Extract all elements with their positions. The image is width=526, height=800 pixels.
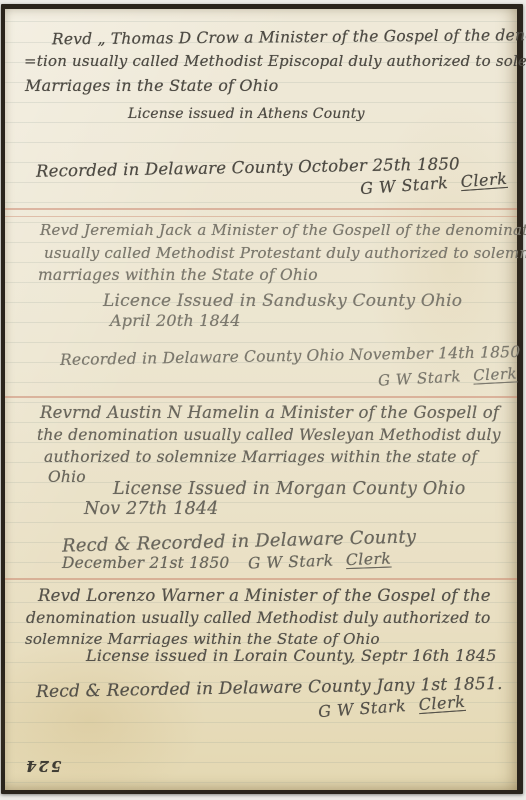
entry-2-clerk-signature: G W Stark Clerk: [378, 364, 518, 389]
clerk-signature-name: G W Stark: [360, 173, 449, 198]
entry-2-body-line: Revd Jeremiah Jack a Minister of the Gos…: [40, 221, 526, 239]
entry-3-body-line: Revrnd Austin N Hamelin a Minister of th…: [40, 403, 499, 422]
entry-2-body-line: marriages within the State of Ohio: [38, 266, 318, 284]
entry-3-recorded-date: December 21st 1850: [62, 554, 229, 572]
entry-3-body-line: the denomination usually called Wesleyan…: [37, 426, 501, 444]
scanned-ledger-page: Revd „ Thomas D Crow a Minister of the G…: [0, 0, 526, 800]
entry-3-clerk-signature: G W Stark Clerk: [248, 550, 392, 573]
entry-3-body-line: authorized to solemnize Marriages within…: [44, 448, 477, 466]
entry-3-body-line: Ohio: [48, 468, 86, 486]
entry-2-recorded-line: Recorded in Delaware County Ohio Novembe…: [60, 343, 521, 369]
entry-1-body-line: Marriages in the State of Ohio: [25, 76, 278, 95]
clerk-signature-title: Clerk: [346, 550, 392, 570]
clerk-signature-title: Clerk: [460, 169, 508, 191]
entry-2-license-date: April 20th 1844: [110, 311, 241, 330]
handwriting-layer: Revd „ Thomas D Crow a Minister of the G…: [0, 0, 526, 800]
clerk-signature-title: Clerk: [473, 364, 518, 384]
clerk-signature-name: G W Stark: [318, 696, 407, 721]
entry-3-license-date: Nov 27th 1844: [84, 499, 219, 519]
entry-4-body-line: Revd Lorenzo Warner a Minister of the Go…: [38, 586, 491, 605]
entry-1-license-line: License issued in Athens County: [128, 106, 365, 122]
entry-4-body-line: denomination usually called Methodist du…: [26, 609, 491, 627]
entry-2-license-line: Licence Issued in Sandusky County Ohio: [103, 291, 462, 311]
entry-3-license-line: License Issued in Morgan County Ohio: [113, 479, 465, 499]
entry-2-body-line: usually called Methodist Protestant duly…: [44, 244, 526, 262]
clerk-signature-title: Clerk: [418, 692, 466, 714]
clerk-signature-name: G W Stark: [378, 367, 462, 389]
entry-1-body-line: =tion usually called Methodist Episcopal…: [24, 52, 526, 70]
clerk-signature-name: G W Stark: [248, 552, 334, 573]
entry-4-license-line: License issued in Lorain County, Septr 1…: [86, 646, 497, 665]
entry-1-body-line: Revd „ Thomas D Crow a Minister of the G…: [52, 26, 526, 49]
page-number: 524: [24, 757, 61, 775]
